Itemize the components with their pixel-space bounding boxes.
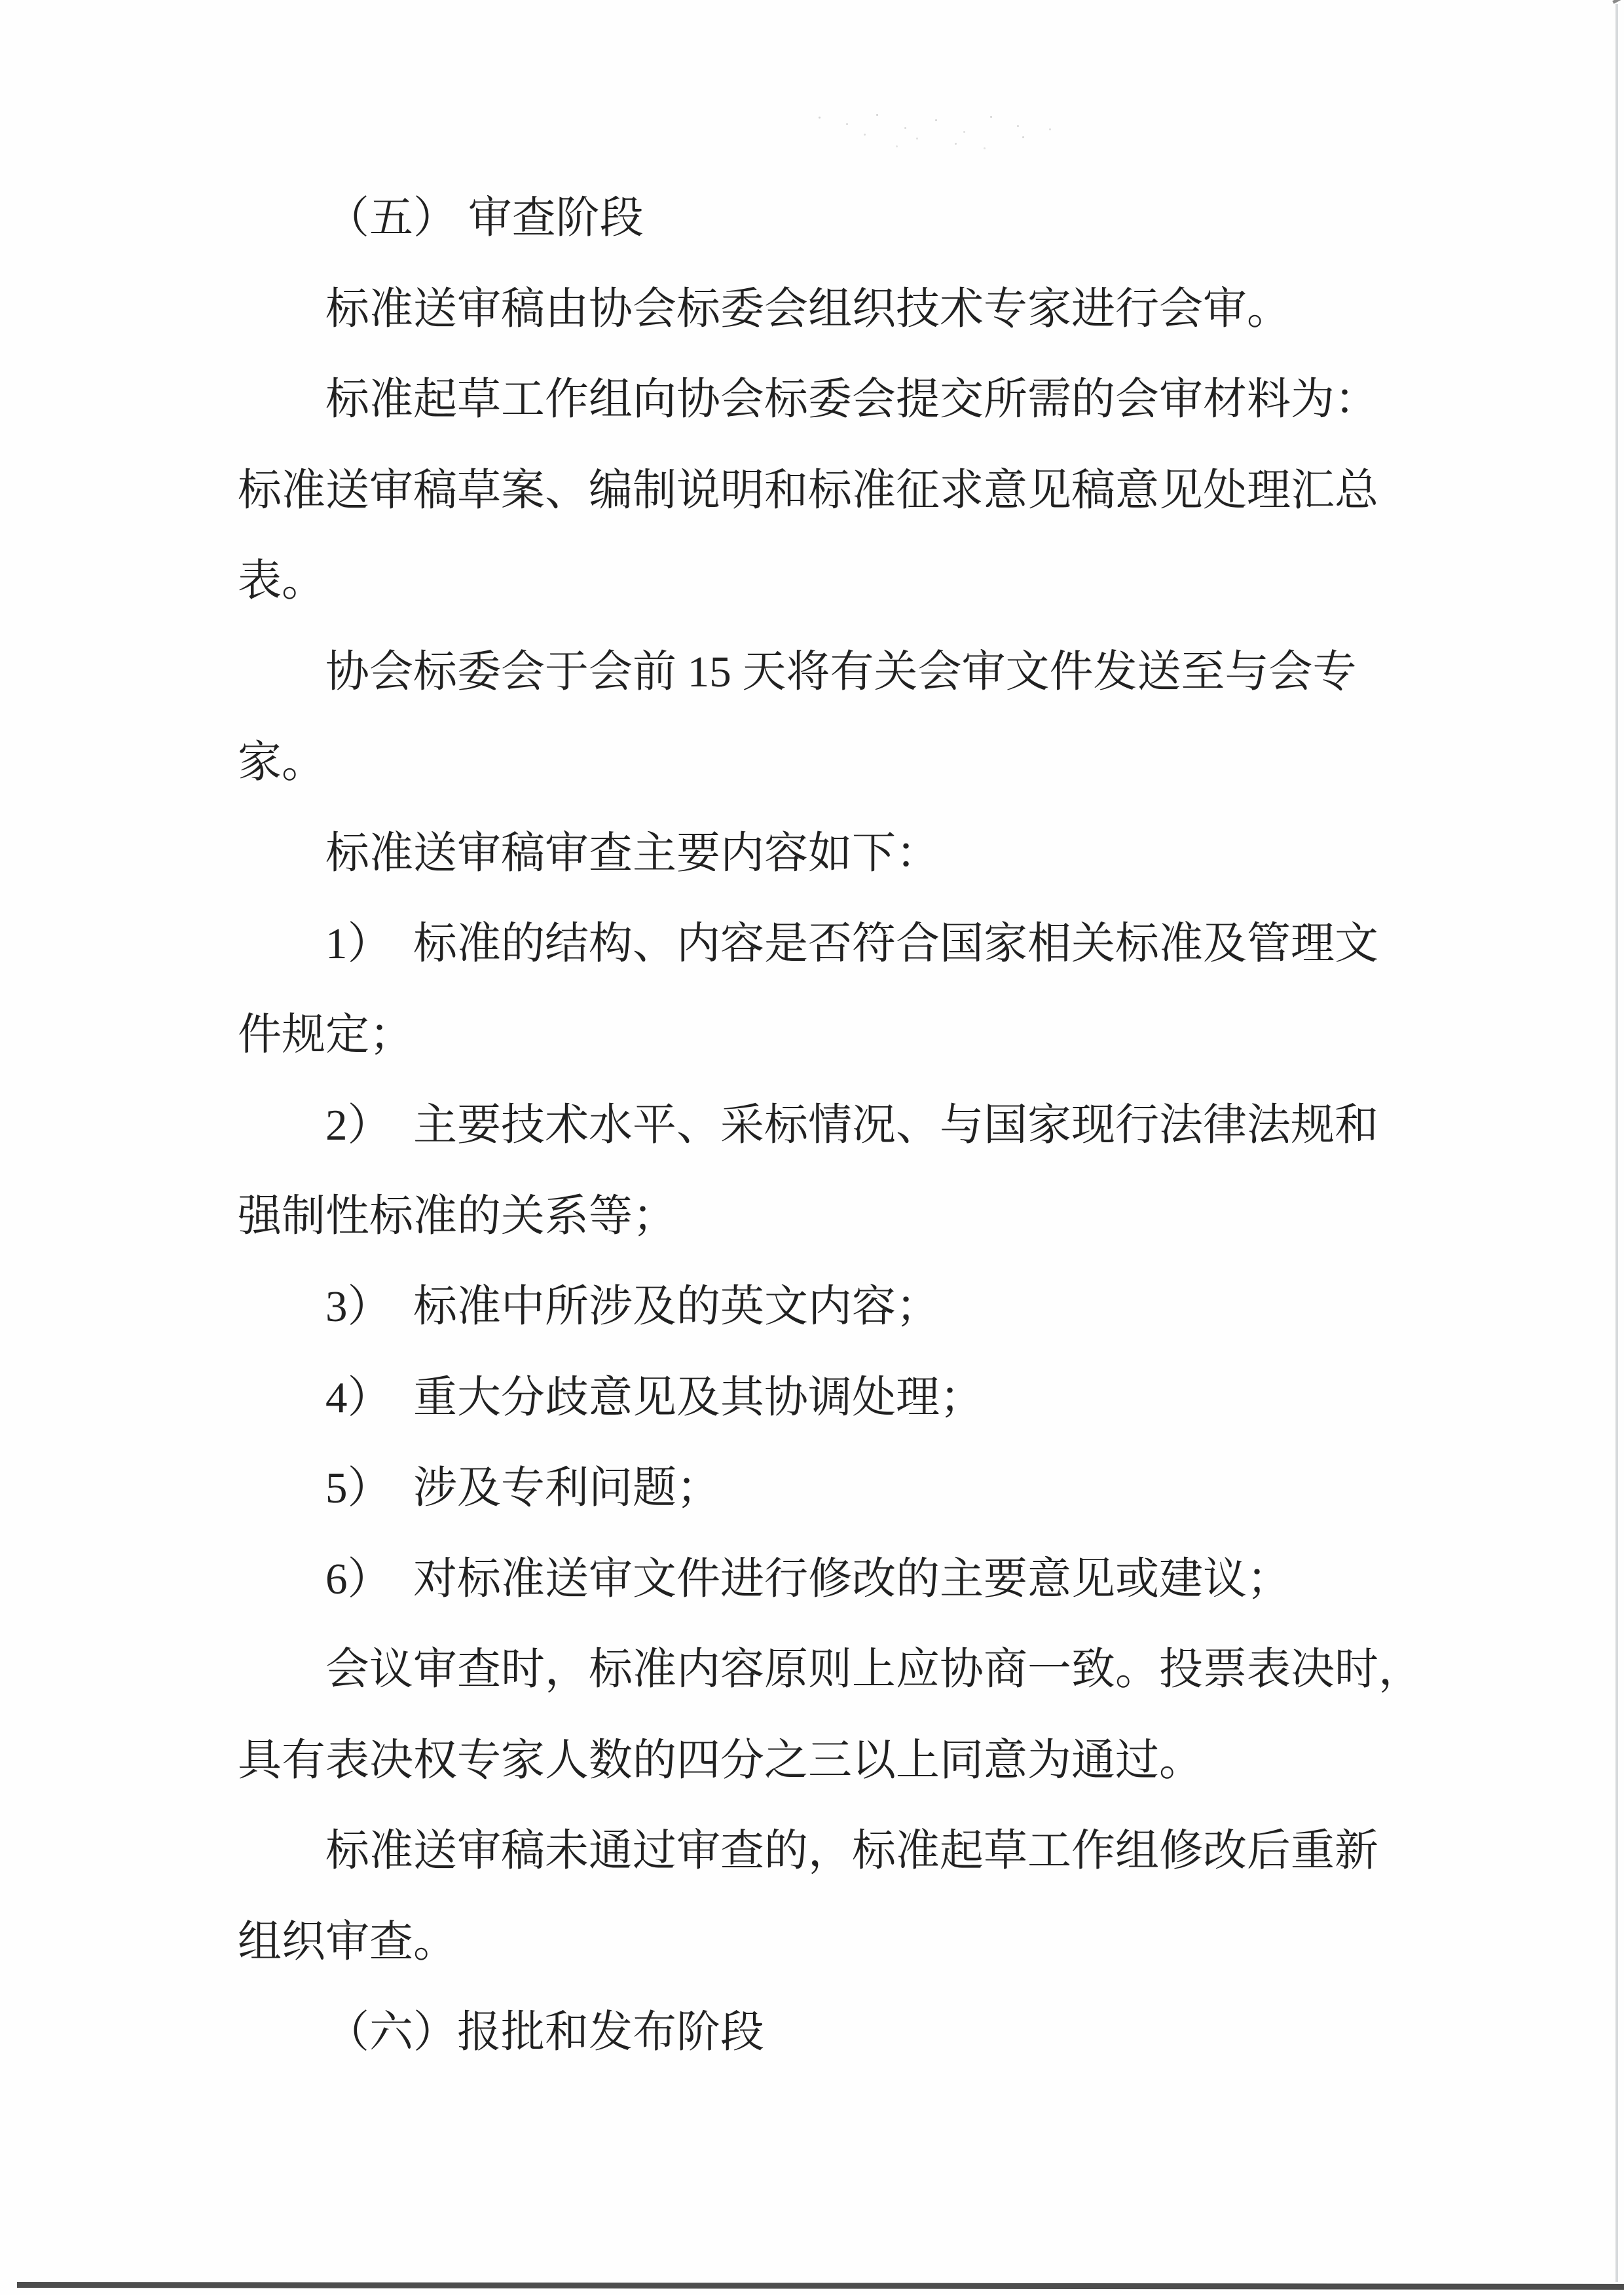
scan-noise-speckles — [819, 117, 821, 119]
text-line: 会议审查时，标准内容原则上应协商一致。投票表决时， — [238, 1624, 1416, 1715]
text-line: 标准送审稿未通过审查的，标准起草工作组修改后重新 — [238, 1806, 1416, 1897]
list-item-4: 4） 重大分歧意见及其协调处理； — [238, 1353, 1416, 1444]
scan-edge-right-line — [1615, 4, 1618, 2282]
text-line: 具有表决权专家人数的四分之三以上同意为通过。 — [238, 1715, 1416, 1806]
scanned-document-page: （五） 审查阶段 标准送审稿由协会标委会组织技术专家进行会审。 标准起草工作组向… — [0, 0, 1624, 2295]
text-line: 标准送审稿由协会标委会组织技术专家进行会审。 — [238, 264, 1416, 355]
text-line: 家。 — [238, 717, 1416, 808]
text-line: 表。 — [238, 536, 1416, 627]
list-item-3: 3） 标准中所涉及的英文内容； — [238, 1261, 1416, 1353]
list-item-1: 1） 标准的结构、内容是否符合国家相关标准及管理文 — [238, 899, 1416, 990]
section-5-heading: （五） 审查阶段 — [238, 173, 1416, 264]
section-6-heading: （六）报批和发布阶段 — [238, 1987, 1416, 2078]
document-body-text: （五） 审查阶段 标准送审稿由协会标委会组织技术专家进行会审。 标准起草工作组向… — [238, 173, 1416, 2078]
text-line: 协会标委会于会前 15 天将有关会审文件发送至与会专 — [238, 627, 1416, 718]
scan-edge-bottom-line — [17, 2282, 1624, 2290]
text-line: 组织审查。 — [238, 1897, 1416, 1988]
list-item-2: 2） 主要技术水平、采标情况、与国家现行法律法规和 — [238, 1080, 1416, 1171]
text-line: 标准送审稿草案、编制说明和标准征求意见稿意见处理汇总 — [238, 445, 1416, 536]
scan-corner-mark — [1612, 0, 1624, 4]
text-line: 件规定； — [238, 990, 1416, 1081]
text-line: 标准起草工作组向协会标委会提交所需的会审材料为： — [238, 354, 1416, 445]
text-line: 标准送审稿审查主要内容如下： — [238, 808, 1416, 899]
list-item-6: 6） 对标准送审文件进行修改的主要意见或建议； — [238, 1534, 1416, 1625]
list-item-5: 5） 涉及专利问题； — [238, 1443, 1416, 1534]
text-line: 强制性标准的关系等； — [238, 1171, 1416, 1262]
